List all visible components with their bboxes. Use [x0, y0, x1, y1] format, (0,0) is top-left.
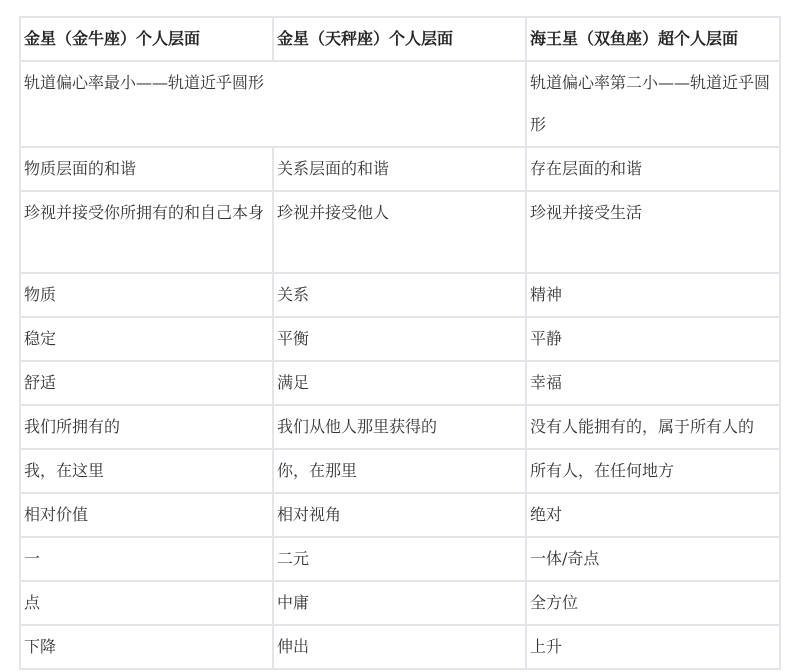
table-cell: 伸出: [273, 625, 526, 669]
table-cell: 你，在那里: [273, 449, 526, 493]
table-row: 点 中庸 全方位: [20, 581, 780, 625]
table-row: 稳定 平衡 平静: [20, 317, 780, 361]
table-cell: 上升: [526, 625, 780, 669]
table-cell: 存在层面的和谐: [526, 147, 780, 191]
header-row: 金星（金牛座）个人层面 金星（天秤座）个人层面 海王星（双鱼座）超个人层面: [20, 17, 780, 61]
table-cell: 我们从他人那里获得的: [273, 405, 526, 449]
header-venus-taurus: 金星（金牛座）个人层面: [20, 17, 273, 61]
table-row: 我，在这里 你，在那里 所有人，在任何地方: [20, 449, 780, 493]
orbit-neptune-cell: 轨道偏心率第二小——轨道近乎圆形: [526, 61, 780, 147]
table-cell: 物质层面的和谐: [20, 147, 273, 191]
table-cell: 珍视并接受你所拥有的和自己本身: [20, 191, 273, 273]
table-row: 我们所拥有的 我们从他人那里获得的 没有人能拥有的，属于所有人的: [20, 405, 780, 449]
table-cell: 物质: [20, 273, 273, 317]
header-neptune-pisces: 海王星（双鱼座）超个人层面: [526, 17, 780, 61]
table-cell: 幸福: [526, 361, 780, 405]
table-cell: 关系层面的和谐: [273, 147, 526, 191]
table-cell: 我们所拥有的: [20, 405, 273, 449]
table-cell: 绝对: [526, 493, 780, 537]
table-cell: 相对视角: [273, 493, 526, 537]
table-cell: 珍视并接受生活: [526, 191, 780, 273]
table-cell: 下降: [20, 625, 273, 669]
table-cell: 关系: [273, 273, 526, 317]
table-cell: 精神: [526, 273, 780, 317]
table-cell: 稳定: [20, 317, 273, 361]
table-cell: 一: [20, 537, 273, 581]
table-cell: 一体/奇点: [526, 537, 780, 581]
table-row: 舒适 满足 幸福: [20, 361, 780, 405]
header-venus-libra: 金星（天秤座）个人层面: [273, 17, 526, 61]
table-cell: 全方位: [526, 581, 780, 625]
table-cell: 二元: [273, 537, 526, 581]
table-cell: 满足: [273, 361, 526, 405]
table-cell: 没有人能拥有的，属于所有人的: [526, 405, 780, 449]
table-row: 相对价值 相对视角 绝对: [20, 493, 780, 537]
table-cell: 中庸: [273, 581, 526, 625]
comparison-table-container: 金星（金牛座）个人层面 金星（天秤座）个人层面 海王星（双鱼座）超个人层面 轨道…: [19, 16, 779, 670]
table-row: 下降 伸出 上升: [20, 625, 780, 669]
table-row: 物质层面的和谐 关系层面的和谐 存在层面的和谐: [20, 147, 780, 191]
venus-neptune-comparison-table: 金星（金牛座）个人层面 金星（天秤座）个人层面 海王星（双鱼座）超个人层面 轨道…: [19, 16, 781, 670]
table-cell: 平衡: [273, 317, 526, 361]
table-cell: 舒适: [20, 361, 273, 405]
table-row: 珍视并接受你所拥有的和自己本身 珍视并接受他人 珍视并接受生活: [20, 191, 780, 273]
table-cell: 珍视并接受他人: [273, 191, 526, 273]
table-cell: 所有人，在任何地方: [526, 449, 780, 493]
table-cell: 相对价值: [20, 493, 273, 537]
table-cell: 我，在这里: [20, 449, 273, 493]
table-cell: 点: [20, 581, 273, 625]
orbit-row: 轨道偏心率最小——轨道近乎圆形 轨道偏心率第二小——轨道近乎圆形: [20, 61, 780, 147]
orbit-venus-merged-cell: 轨道偏心率最小——轨道近乎圆形: [20, 61, 526, 147]
table-cell: 平静: [526, 317, 780, 361]
table-row: 物质 关系 精神: [20, 273, 780, 317]
table-row: 一 二元 一体/奇点: [20, 537, 780, 581]
